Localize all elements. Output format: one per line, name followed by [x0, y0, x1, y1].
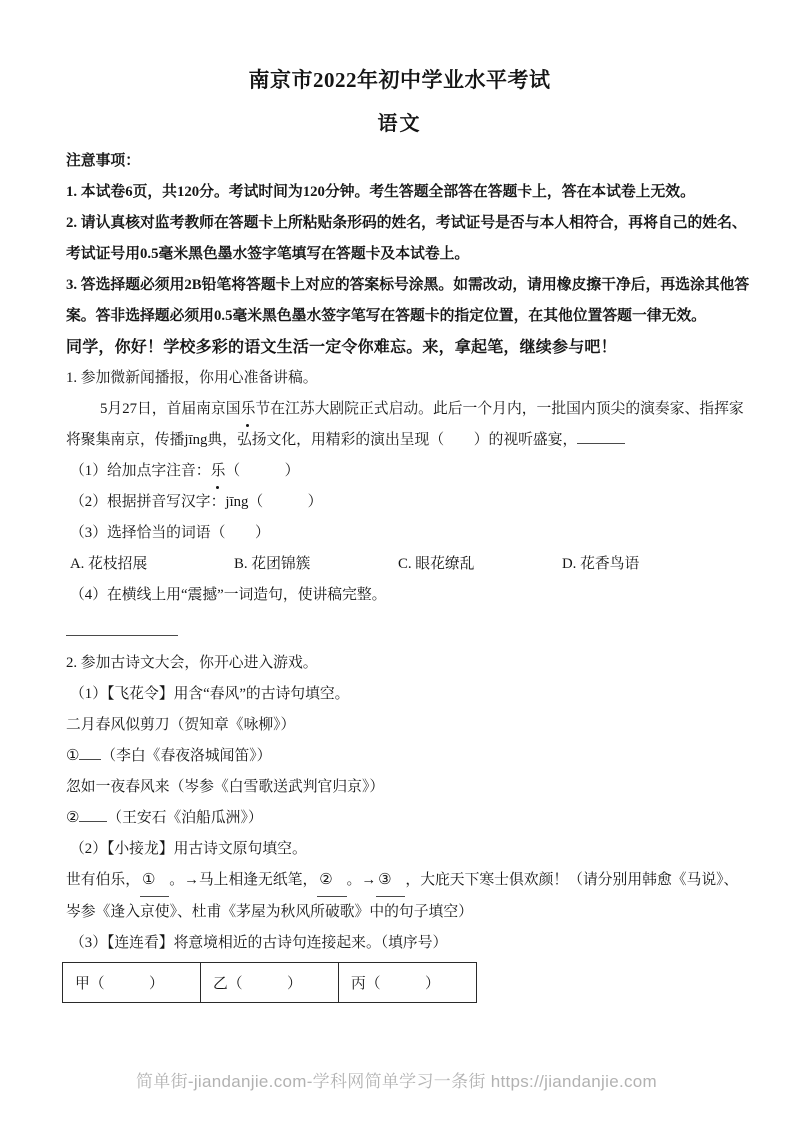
- question-2-part2-title: （2）【小接龙】用古诗文原句填空。: [66, 834, 733, 865]
- option-d: D. 花香鸟语: [562, 549, 726, 580]
- question-1-paragraph-line2: 将聚集南京，传播jīng典，弘扬文化，用精彩的演出呈现（ ）的视听盛宴，: [66, 425, 733, 456]
- feihualing-line4: ②（王安石《泊船瓜洲》）: [66, 803, 733, 834]
- paragraph-text: 5月27日，首届南京国: [100, 401, 241, 417]
- exam-title: 南京市2022年初中学业水平考试: [66, 58, 733, 102]
- numbered-answer-blank: ③: [376, 865, 405, 897]
- table-cell-jia: 甲（ ）: [63, 963, 201, 1003]
- exam-paper-page: 南京市2022年初中学业水平考试 语文 注意事项： 1. 本试卷6页，共120分…: [0, 0, 793, 1122]
- chain-text: 。→: [347, 872, 377, 888]
- option-a: A. 花枝招展: [70, 549, 234, 580]
- option-b: B. 花团锦簇: [234, 549, 398, 580]
- circled-number: ②: [66, 810, 79, 826]
- notice-2-line2: 考试证号用0.5毫米黑色墨水签字笔填写在答题卡及本试卷上。: [66, 239, 733, 270]
- feihualing-line3: 忽如一夜春风来（岑参《白雪歌送武判官归京》）: [66, 772, 733, 803]
- sub-question-text: （1）给加点字注音：: [70, 463, 211, 479]
- paragraph-text: 将聚集南京，传播jīng典，弘扬文化，用精彩的演出呈现（ ）的视听盛宴，: [66, 432, 577, 448]
- answer-blank: [79, 807, 107, 822]
- question-1-options: A. 花枝招展 B. 花团锦簇 C. 眼花缭乱 D. 花香鸟语: [66, 549, 733, 580]
- xiaojielong-line1: 世有伯乐，①。→马上相逢无纸笔，②。→③，大庇天下寒士俱欢颜！（请分别用韩愈《马…: [66, 865, 733, 897]
- matching-table: 甲（ ） 乙（ ） 丙（ ）: [62, 962, 477, 1003]
- source-text: （李白《春夜洛城闻笛》）: [101, 748, 271, 764]
- feihualing-line2: ①（李白《春夜洛城闻笛》）: [66, 741, 733, 772]
- numbered-answer-blank: ②: [317, 865, 346, 897]
- source-text: （王安石《泊船瓜洲》）: [107, 810, 262, 826]
- xiaojielong-line2: 岑参《逢入京使》、杜甫《茅屋为秋风所破歌》中的句子填空）: [66, 897, 733, 928]
- dotted-character: 乐: [211, 456, 226, 487]
- feihualing-line1: 二月春风似剪刀（贺知章《咏柳》）: [66, 710, 733, 741]
- question-2-stem: 2. 参加古诗文大会，你开心进入游戏。: [66, 648, 733, 679]
- option-c: C. 眼花缭乱: [398, 549, 562, 580]
- question-1-sub1: （1）给加点字注音：乐（ ）: [66, 456, 733, 487]
- chain-text: 世有伯乐，: [66, 872, 140, 888]
- notices-heading: 注意事项：: [66, 146, 733, 177]
- chain-text: 。→马上相逢无纸笔，: [169, 872, 317, 888]
- question-1-sub4: （4）在横线上用“震撼”一词造句，使讲稿完整。: [66, 580, 733, 611]
- circled-number: ①: [66, 748, 79, 764]
- question-1-sub3: （3）选择恰当的词语（ ）: [66, 518, 733, 549]
- answer-blank-line: [66, 617, 733, 648]
- table-cell-bing: 丙（ ）: [339, 963, 477, 1003]
- notice-2-line1: 2. 请认真核对监考教师在答题卡上所粘贴条形码的姓名，考试证号是否与本人相符合，…: [66, 208, 733, 239]
- question-1-paragraph-line1: 5月27日，首届南京国乐节在江苏大剧院正式启动。此后一个月内，一批国内顶尖的演奏…: [66, 394, 733, 425]
- answer-blank: [79, 745, 101, 760]
- chain-text: ，大庇天下寒士俱欢颜！（请分别用韩愈《马说》、: [405, 872, 738, 888]
- answer-blank: [66, 621, 178, 636]
- greeting-line: 同学，你好！学校多彩的语文生活一定令你难忘。来，拿起笔，继续参与吧！: [66, 332, 733, 363]
- dotted-character: 乐: [241, 394, 256, 425]
- table-cell-yi: 乙（ ）: [201, 963, 339, 1003]
- notice-1: 1. 本试卷6页，共120分。考试时间为120分钟。考生答题全部答在答题卡上，答…: [66, 177, 733, 208]
- numbered-answer-blank: ①: [140, 865, 169, 897]
- notice-3-line1: 3. 答选择题必须用2B铅笔将答题卡上对应的答案标号涂黑。如需改动，请用橡皮擦干…: [66, 270, 733, 301]
- sub-question-text: （ ）: [225, 463, 299, 479]
- exam-subject: 语文: [66, 102, 733, 146]
- notice-3-line2: 案。答非选择题必须用0.5毫米黑色墨水签字笔写在答题卡的指定位置，在其他位置答题…: [66, 301, 733, 332]
- question-2-part3-title: （3）【连连看】将意境相近的古诗句连接起来。（填序号）: [66, 928, 733, 959]
- question-1-sub2: （2）根据拼音写汉字：jīng（ ）: [66, 487, 733, 518]
- watermark-footer: 简单街-jiandanjie.com-学科网简单学习一条街 https://ji…: [0, 1067, 793, 1092]
- answer-blank: [577, 429, 625, 444]
- table-row: 甲（ ） 乙（ ） 丙（ ）: [63, 963, 477, 1003]
- question-2-part1-title: （1）【飞花令】用含“春风”的古诗句填空。: [66, 679, 733, 710]
- paragraph-text: 节在江苏大剧院正式启动。此后一个月内，一批国内顶尖的演奏家、指挥家: [255, 401, 743, 417]
- question-1-stem: 1. 参加微新闻播报，你用心准备讲稿。: [66, 363, 733, 394]
